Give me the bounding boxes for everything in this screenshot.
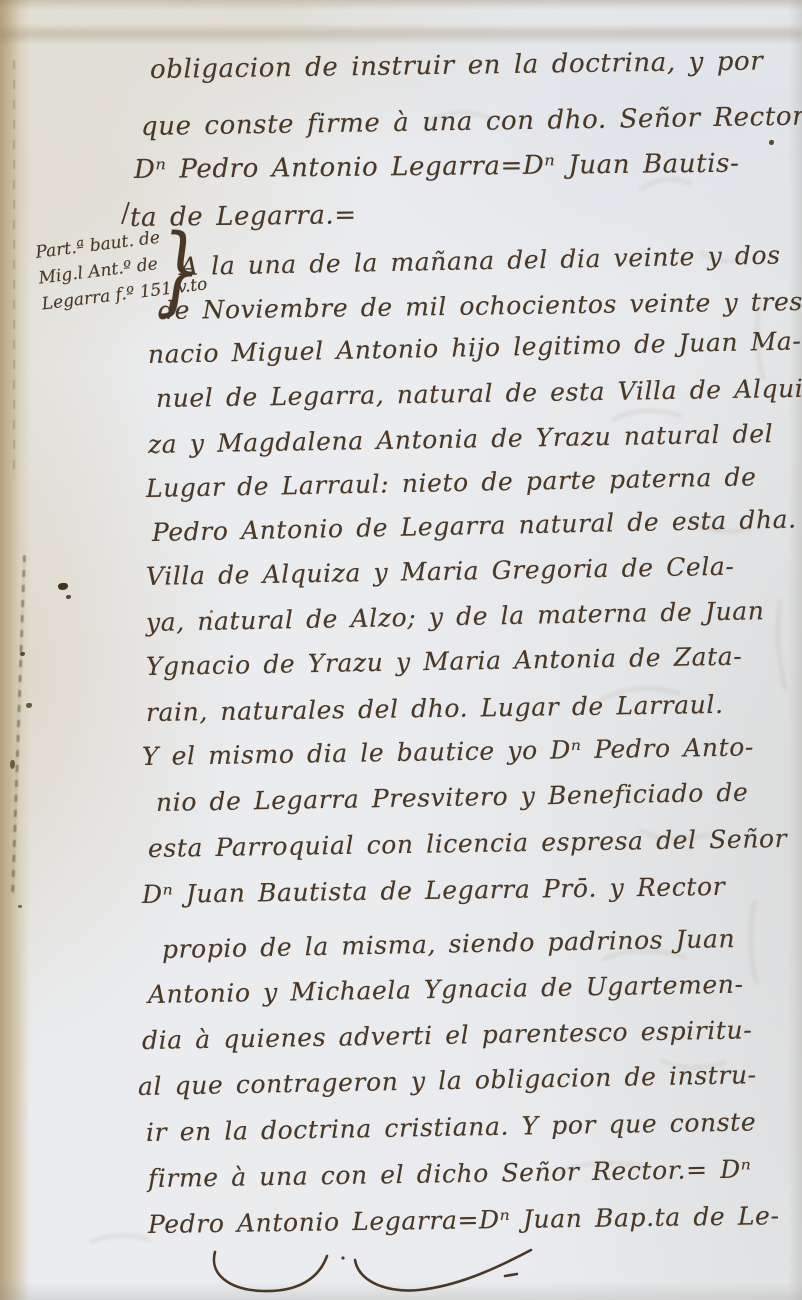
continuation-mark: [118, 200, 132, 226]
manuscript-line: Dⁿ Pedro Antonio Legarra=Dⁿ Juan Bautis-: [134, 149, 740, 185]
manuscript-page: obligacion de instruir en la doctrina, y…: [0, 0, 802, 1300]
signature-flourish-icon: [205, 1246, 545, 1298]
